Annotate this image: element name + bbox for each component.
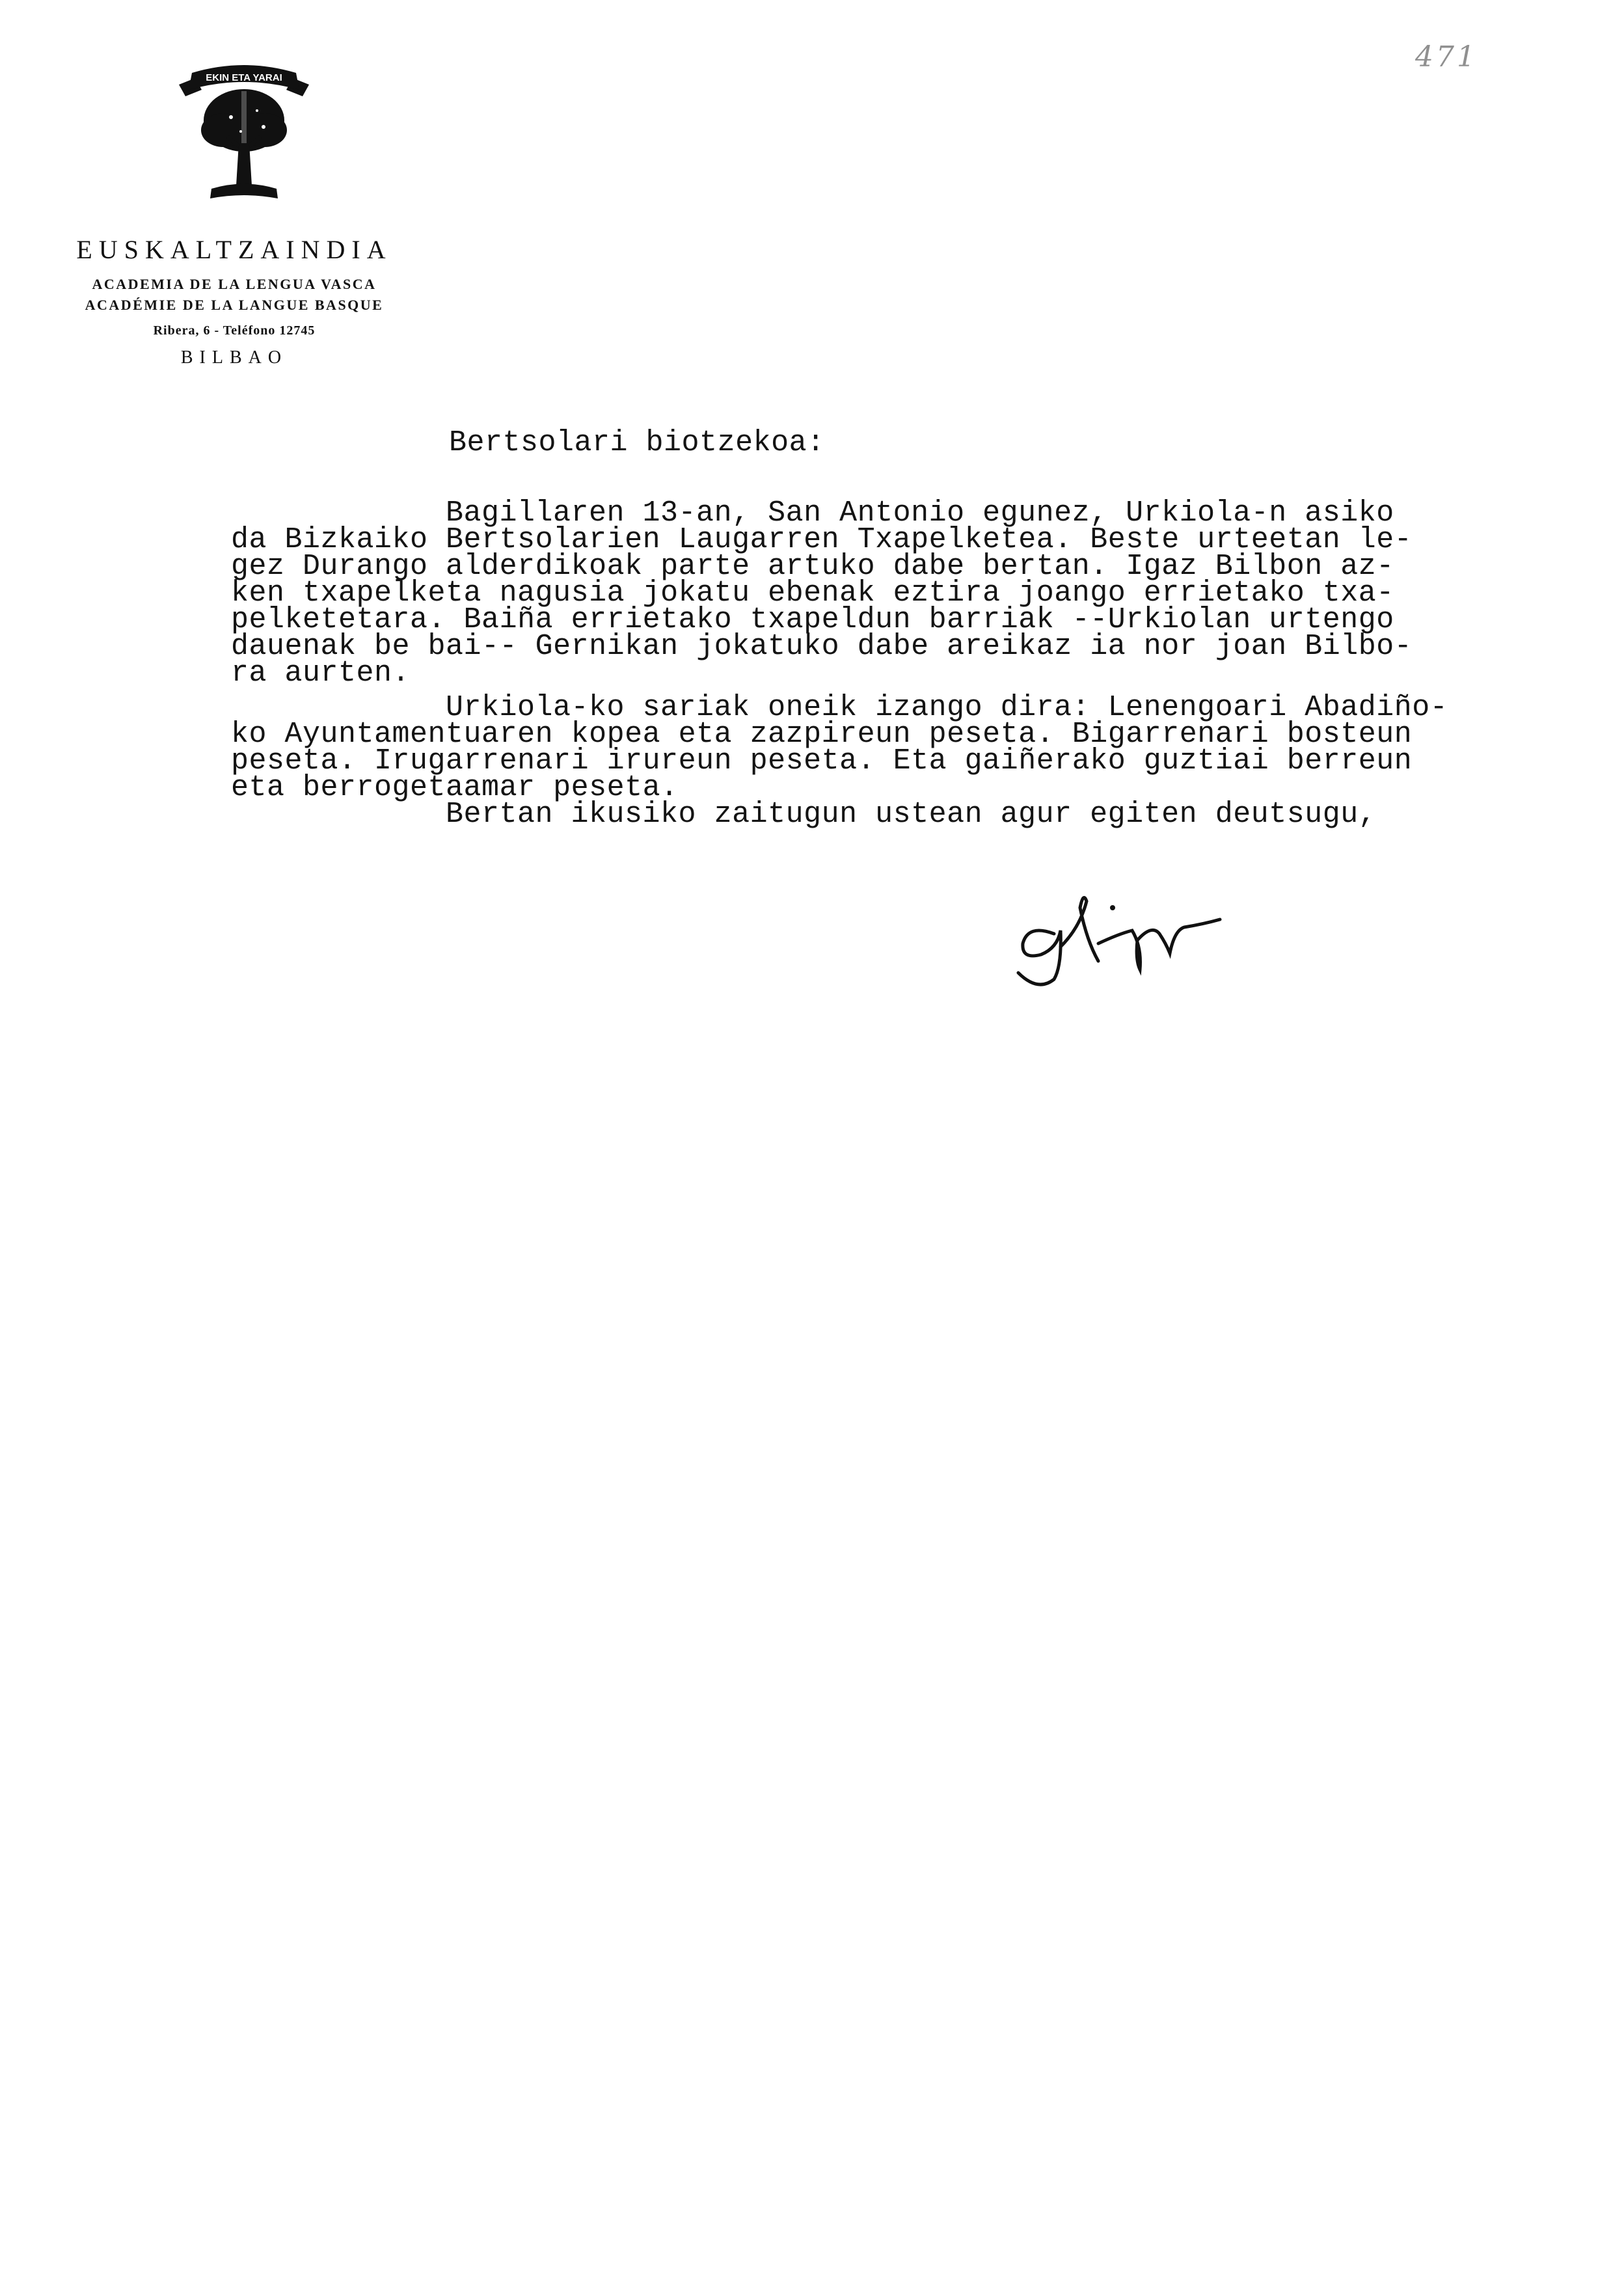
letter-line: Bertan ikusiko zaitugun ustean agur egit… [231,801,1448,828]
letter-line: dauenak be bai-- Gernikan jokatuko dabe … [231,633,1448,660]
handwritten-signature-icon [989,888,1236,1005]
letter-line: gez Durango alderdikoak parte artuko dab… [231,553,1448,580]
letter-line: peseta. Irugarrenari irureun peseta. Eta… [231,748,1448,774]
salutation: Bertsolari biotzekoa: [449,426,825,459]
svg-text:EKIN ETA YARAI: EKIN ETA YARAI [206,72,282,83]
letter-body: Bagillaren 13-an, San Antonio egunez, Ur… [231,500,1448,828]
letter-line: Urkiola-ko sariak oneik izango dira: Len… [231,694,1448,721]
org-city: BILBAO [39,347,429,368]
letter-line: da Bizkaiko Bertsolarien Laugarren Txape… [231,526,1448,553]
org-address: Ribera, 6 - Teléfono 12745 [39,323,429,338]
letterhead: EKIN ETA YARAI EUSKALTZAINDIA ACADEMIA D… [39,59,429,368]
org-subtitle-spanish: ACADEMIA DE LA LENGUA VASCA [39,274,429,295]
org-subtitle-french: ACADÉMIE DE LA LANGUE BASQUE [39,295,429,316]
letter-line: Bagillaren 13-an, San Antonio egunez, Ur… [231,500,1448,526]
letter-line: ken txapelketa nagusia jokatu ebenak ezt… [231,580,1448,606]
letter-line: eta berrogetaamar peseta. [231,774,1448,801]
org-name: EUSKALTZAINDIA [39,234,429,265]
handwritten-page-number: 471 [1415,40,1478,74]
letter-line: ra aurten. [231,660,1448,686]
letter-line: pelketetara. Baiña errietako txapeldun b… [231,606,1448,633]
oak-tree-emblem-icon: EKIN ETA YARAI [166,59,322,208]
letter-line: ko Ayuntamentuaren kopea eta zazpireun p… [231,721,1448,748]
